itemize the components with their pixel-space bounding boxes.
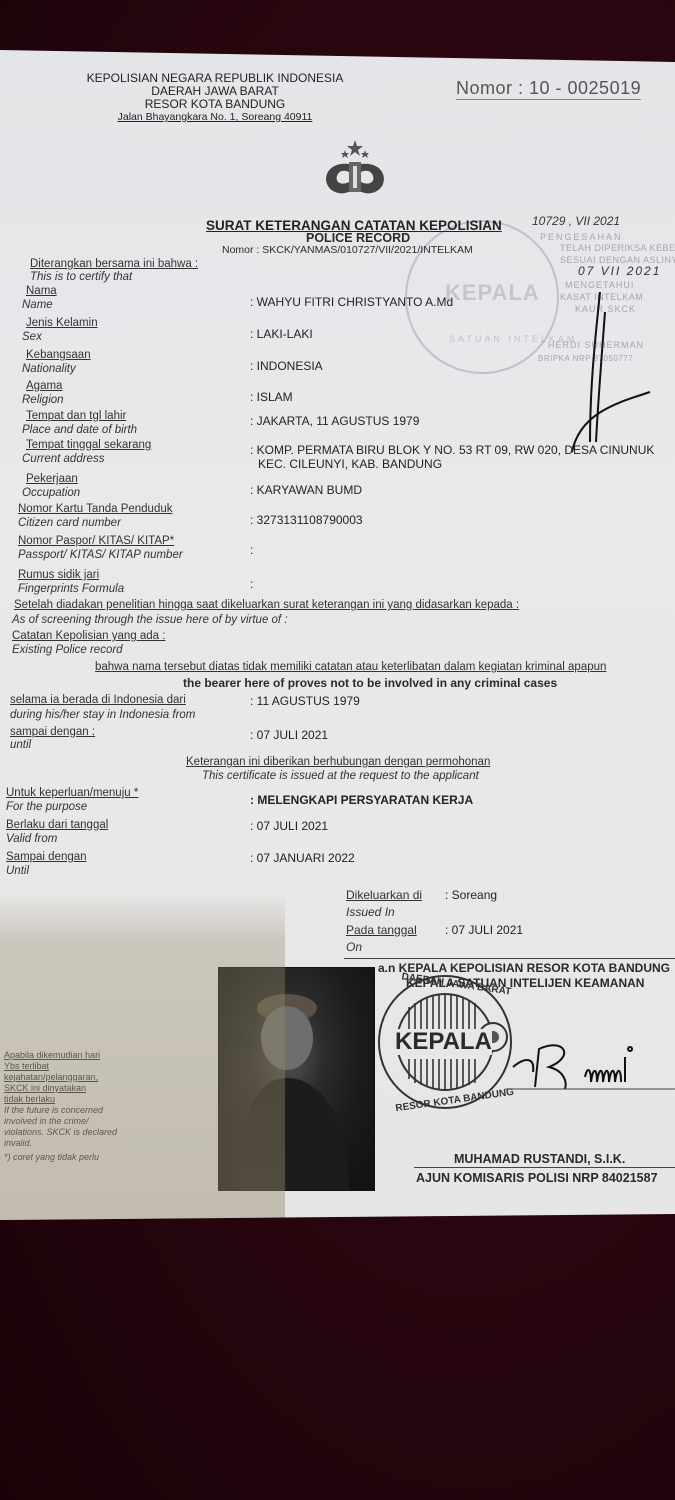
field-label-en: Current address [22, 453, 104, 465]
field-label-id: Tempat dan tgl lahir [26, 410, 126, 422]
issued-on-id: Pada tanggal [346, 923, 417, 937]
signatory-divider [414, 1167, 675, 1168]
field-label-en: Passport/ KITAS/ KITAP number [18, 549, 183, 561]
footnote-id-4: SKCK ini dinyatakan [4, 1083, 117, 1094]
issued-on-value: : 07 JULI 2021 [445, 923, 523, 937]
field-label-id: Pekerjaan [26, 473, 78, 485]
stay-from-id: selama ia berada di Indonesia dari [10, 694, 186, 706]
legalization-line-1: TELAH DIPERIKSA KEBENARAN [560, 243, 675, 253]
purpose-value: : MELENGKAPI PERSYARATAN KERJA [250, 793, 473, 807]
footnote-en-2: involved in the crime/ [4, 1116, 117, 1127]
field-label-en: Occupation [22, 487, 80, 499]
field-value: : WAHYU FITRI CHRISTYANTO A.Md [250, 295, 453, 309]
document-serial-number: Nomor : 10 - 0025019 [456, 78, 641, 100]
stamp-center-text: KEPALA [395, 1029, 492, 1055]
agency-line-3: RESOR KOTA BANDUNG [70, 98, 360, 111]
stay-until-id: sampai dengan : [10, 726, 95, 738]
legalization-line-3: MENGETAHUI [565, 280, 634, 290]
footnote-note: *) coret yang tidak perlu [4, 1152, 117, 1163]
screening-id: Setelah diadakan penelitian hingga saat … [14, 599, 519, 611]
field-label-en: Nationality [22, 363, 76, 375]
stay-until-en: until [10, 739, 31, 751]
intro-en: This is to certify that [30, 271, 132, 283]
stay-from-en: during his/her stay in Indonesia from [10, 709, 195, 721]
request-id: Keterangan ini diberikan berhubungan den… [186, 756, 490, 768]
field-label-id: Agama [26, 380, 62, 392]
document-number: Nomor : SKCK/YANMAS/010727/VII/2021/INTE… [222, 244, 473, 256]
agency-address: Jalan Bhayangkara No. 1, Soreang 40911 [70, 111, 360, 124]
field-label-id: Jenis Kelamin [26, 317, 98, 329]
field-value: : KOMP. PERMATA BIRU BLOK Y NO. 53 RT 09… [250, 443, 654, 457]
screening-en: As of screening through the issue here o… [12, 614, 288, 626]
footnote-en-3: violations. SKCK is declared [4, 1127, 117, 1138]
field-value: : LAKI-LAKI [250, 327, 313, 341]
valid-until-en: Until [6, 865, 29, 877]
record-label-en: Existing Police record [12, 644, 123, 656]
field-label-en: Fingerprints Formula [18, 583, 124, 595]
footnote-id-1: Apabila dikemudian hari [4, 1050, 117, 1061]
footnote-id-5: tidak berlaku [4, 1094, 117, 1105]
purpose-id: Untuk keperluan/menuju * [6, 787, 138, 799]
footnote-id-2: Ybs terlibat [4, 1061, 117, 1072]
field-label-id: Rumus sidik jari [18, 569, 99, 581]
field-label-id: Nama [26, 285, 57, 297]
document-subtitle: POLICE RECORD [306, 231, 410, 245]
issued-divider [344, 958, 675, 959]
record-label-id: Catatan Kepolisian yang ada : [12, 630, 165, 642]
official-kepala-stamp: KEPALA DAERAH JAWA BARAT RESOR KOTA BAND… [375, 967, 525, 1117]
field-label-en: Sex [22, 331, 42, 343]
field-value: : [250, 543, 253, 557]
issued-in-en: Issued In [346, 905, 395, 919]
valid-from-id: Berlaku dari tanggal [6, 819, 108, 831]
footnote-block: Apabila dikemudian hari Ybs terlibat kej… [4, 1050, 117, 1163]
signatory-rank: AJUN KOMISARIS POLISI NRP 84021587 [416, 1171, 658, 1185]
issued-in-value: : Soreang [445, 888, 497, 902]
faint-stamp-center-text: KEPALA [445, 280, 540, 306]
footnote-id-3: kejahatan/pelanggaran, [4, 1072, 117, 1083]
intro-id: Diterangkan bersama ini bahwa : [30, 258, 198, 270]
request-en: This certificate is issued at the reques… [202, 770, 479, 782]
field-label-id: Tempat tinggal sekarang [26, 439, 151, 451]
purpose-en: For the purpose [6, 801, 87, 813]
field-value: : 3273131108790003 [250, 513, 363, 527]
field-label-en: Place and date of birth [22, 424, 137, 436]
field-value: : [250, 577, 253, 591]
police-record-document: KEPOLISIAN NEGARA REPUBLIK INDONESIA DAE… [0, 42, 675, 1220]
field-value-line-2: KEC. CILEUNYI, KAB. BANDUNG [258, 457, 442, 471]
valid-until-value: : 07 JANUARI 2022 [250, 851, 355, 865]
field-value: : ISLAM [250, 390, 293, 404]
field-label-en: Citizen card number [18, 517, 121, 529]
handwritten-registration-date: 10729 , VII 2021 [532, 214, 620, 228]
legalization-title: PENGESAHAN [540, 232, 623, 242]
field-label-id: Nomor Kartu Tanda Penduduk [18, 503, 173, 515]
issued-in-id: Dikeluarkan di [346, 888, 422, 902]
field-label-en: Religion [22, 394, 64, 406]
record-statement-id: bahwa nama tersebut diatas tidak memilik… [95, 661, 606, 673]
issued-on-en: On [346, 940, 362, 954]
field-label-id: Kebangsaan [26, 349, 91, 361]
valid-until-id: Sampai dengan [6, 851, 87, 863]
footnote-en-1: If the future is concerned [4, 1105, 117, 1116]
agency-header: KEPOLISIAN NEGARA REPUBLIK INDONESIA DAE… [70, 72, 360, 124]
signatory-name: MUHAMAD RUSTANDI, S.I.K. [454, 1152, 625, 1166]
police-emblem-icon [315, 138, 395, 200]
field-label-en: Name [22, 299, 53, 311]
stay-from-value: : 11 AGUSTUS 1979 [250, 694, 360, 708]
field-label-id: Nomor Paspor/ KITAS/ KITAP* [18, 535, 174, 547]
footnote-en-4: invalid. [4, 1138, 117, 1149]
stay-until-value: : 07 JULI 2021 [250, 728, 328, 742]
applicant-photo [218, 967, 375, 1191]
field-value: : JAKARTA, 11 AGUSTUS 1979 [250, 414, 419, 428]
field-value: : KARYAWAN BUMD [250, 483, 362, 497]
signatory-signature-icon [505, 1027, 675, 1107]
field-value: : INDONESIA [250, 359, 323, 373]
valid-from-value: : 07 JULI 2021 [250, 819, 328, 833]
valid-from-en: Valid from [6, 833, 57, 845]
legalization-handwritten-date: 07 VII 2021 [578, 264, 661, 278]
record-statement-en: the bearer here of proves not to be invo… [183, 676, 557, 690]
